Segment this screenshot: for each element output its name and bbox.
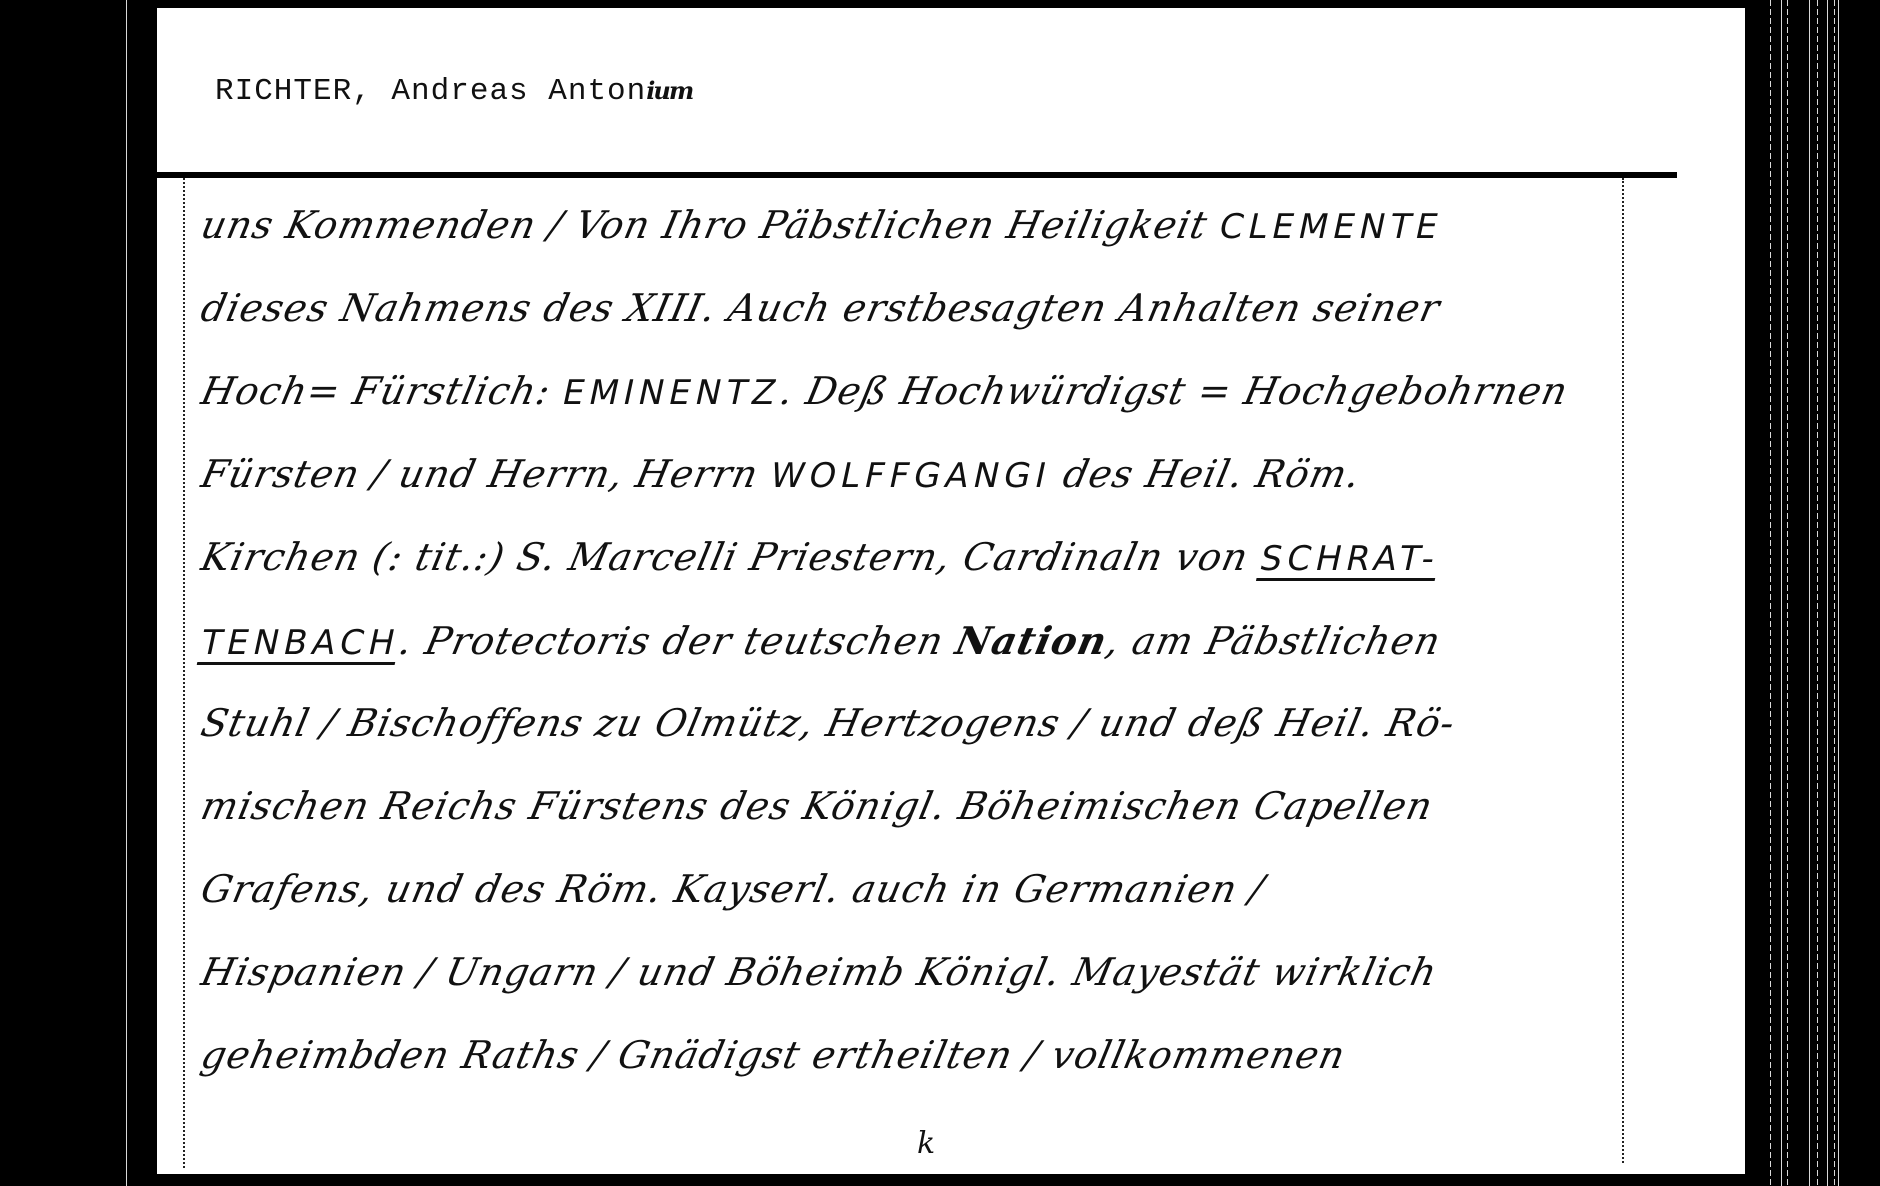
text-segment: CLEMENTE (1215, 207, 1446, 247)
scan-edge-line (1827, 0, 1828, 1186)
text-segment: . Deß Hochwürdigst = Hochgebohrnen (776, 369, 1572, 413)
text-line: Hoch= Fürstlich: EMINENTZ. Deß Hochwürdi… (193, 350, 1641, 433)
text-segment: . Protectoris der teutschen (395, 619, 961, 663)
text-segment: EMINENTZ (559, 373, 785, 413)
text-segment: TENBACH (197, 623, 403, 663)
text-line: Grafens, und des Röm. Kayserl. auch in G… (193, 848, 1641, 931)
scan-edge-line (1781, 0, 1782, 1186)
scan-edge-line (1770, 0, 1771, 1186)
handwritten-correction: ium (646, 76, 692, 105)
text-segment: , am Päbstlichen (1102, 619, 1445, 663)
text-segment: Hispanien / Ungarn / und Böheimb Königl.… (197, 950, 1441, 994)
scan-edge-line (1809, 0, 1810, 1186)
header-rule (157, 172, 1677, 178)
text-segment: Stuhl / Bischoffens zu Olmütz, Hertzogen… (197, 701, 1459, 745)
text-segment: des Heil. Röm. (1046, 452, 1365, 496)
text-segment: mischen Reichs Fürstens des Königl. Böhe… (197, 784, 1437, 828)
record-title: RICHTER, Andreas Antonium (215, 74, 692, 109)
document-page: RICHTER, Andreas Antonium uns Kommenden … (157, 8, 1745, 1174)
handwritten-text: uns Kommenden / Von Ihro Päbstlichen Hei… (193, 184, 1623, 1097)
text-segment: SCHRAT- (1256, 539, 1443, 579)
typed-name: RICHTER, Andreas Anton (215, 74, 646, 109)
left-margin-line (183, 178, 185, 1168)
text-segment: dieses Nahmens des XIII. Auch erstbesagt… (197, 286, 1444, 330)
text-line: Hispanien / Ungarn / und Böheimb Königl.… (193, 931, 1641, 1014)
text-line: mischen Reichs Fürstens des Königl. Böhe… (193, 765, 1641, 848)
scan-edge-line (126, 0, 127, 1186)
text-line: Stuhl / Bischoffens zu Olmütz, Hertzogen… (193, 682, 1641, 765)
text-segment: Kirchen (: tit.:) S. Marcelli Priestern,… (197, 535, 1265, 579)
text-line: Fürsten / und Herrn, Herrn WOLFFGANGI de… (193, 433, 1641, 516)
text-line: TENBACH. Protectoris der teutschen Natio… (193, 599, 1641, 682)
scan-edge-line (1838, 0, 1839, 1186)
text-segment: uns Kommenden / Von Ihro Päbstlichen Hei… (197, 203, 1225, 247)
text-segment: Fürsten / und Herrn, Herrn (197, 452, 776, 496)
text-segment: WOLFFGANGI (766, 456, 1054, 496)
text-line: geheimbden Raths / Gnädigst ertheilten /… (193, 1014, 1641, 1097)
text-segment: Nation (952, 618, 1112, 663)
scan-edge-line (1787, 0, 1788, 1186)
scan-edge-line (1817, 0, 1818, 1186)
text-line: Kirchen (: tit.:) S. Marcelli Priestern,… (193, 516, 1641, 599)
text-segment: geheimbden Raths / Gnädigst ertheilten /… (197, 1033, 1349, 1077)
text-segment: Hoch= Fürstlich: (197, 369, 568, 413)
text-line: uns Kommenden / Von Ihro Päbstlichen Hei… (193, 184, 1641, 267)
page-mark: k (917, 1126, 935, 1161)
scan-edge-line (1834, 0, 1835, 1186)
text-line: dieses Nahmens des XIII. Auch erstbesagt… (193, 267, 1641, 350)
text-segment: Grafens, und des Röm. Kayserl. auch in G… (197, 867, 1268, 911)
